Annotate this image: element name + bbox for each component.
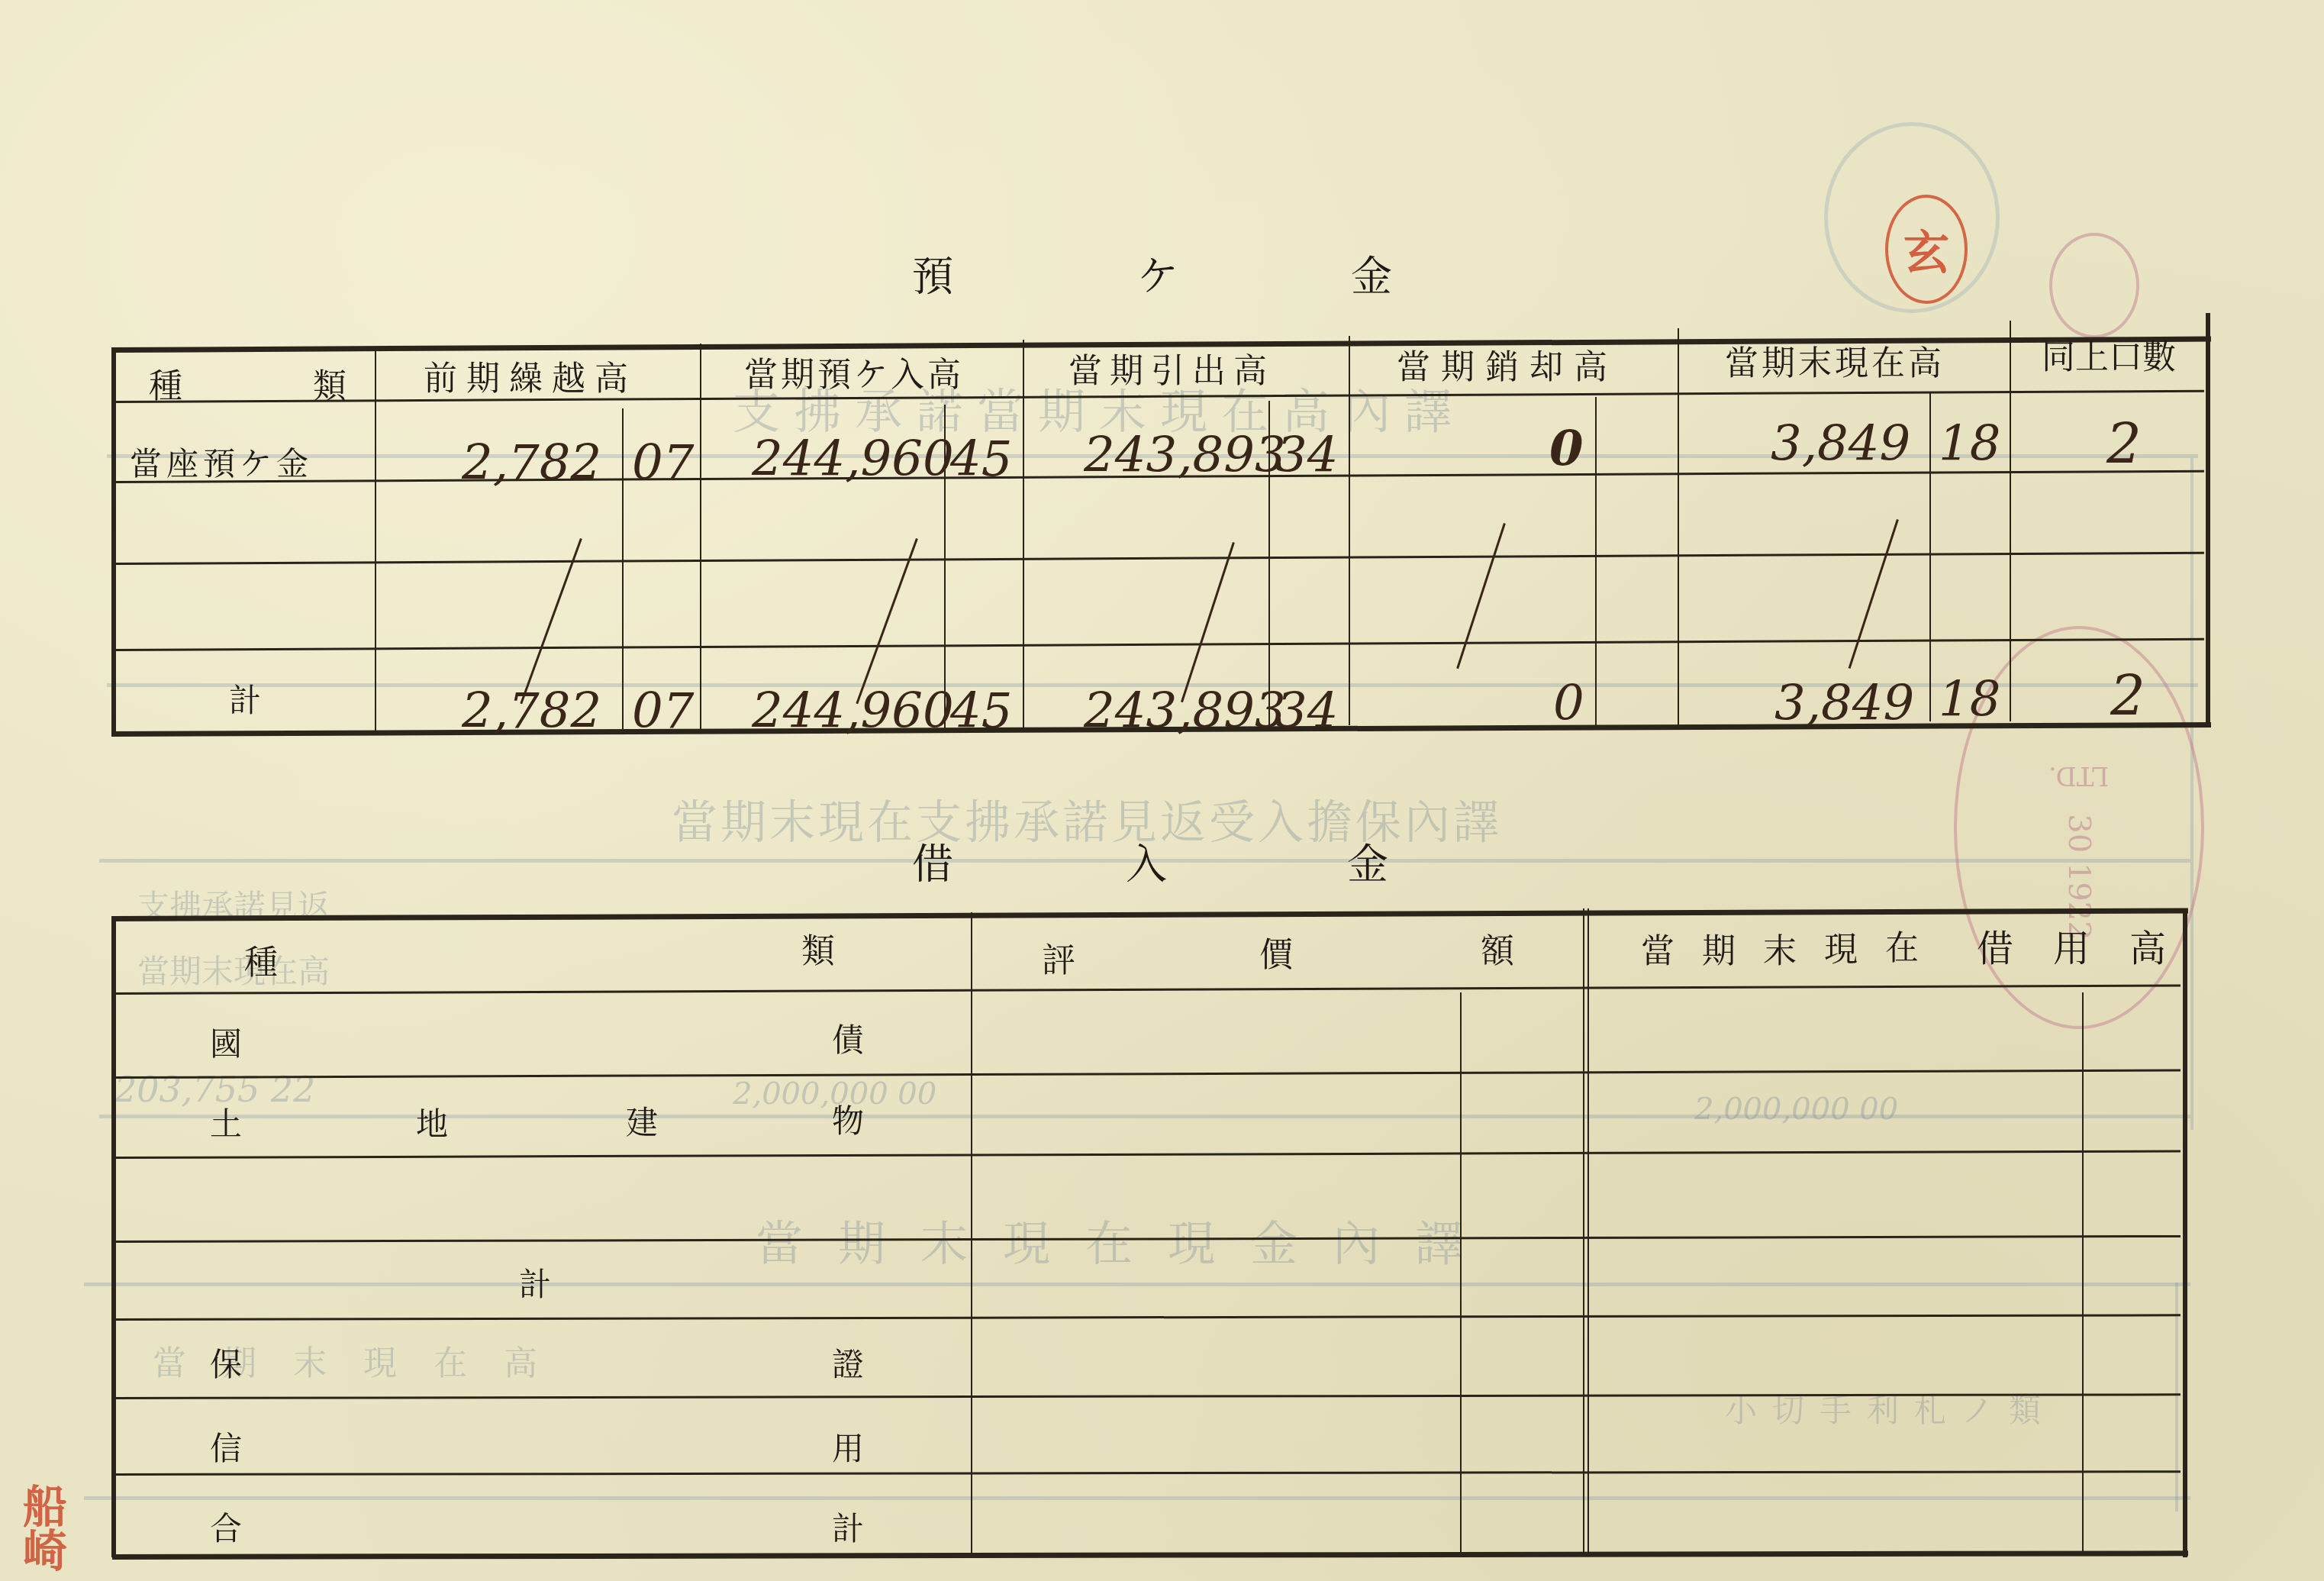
borrowings-title-char: 借 (912, 832, 953, 891)
total-withdrawals-sen: 34 (1276, 683, 1338, 740)
col-divider (1460, 992, 1462, 1554)
row-divider (116, 1314, 2181, 1321)
writeoff-yen: 0 (1549, 420, 1584, 477)
row-divider (116, 985, 2181, 995)
header-kind-2: 類 (801, 924, 835, 973)
col-divider (700, 344, 701, 729)
table-border-bottom (112, 1550, 2188, 1560)
col-divider (375, 347, 376, 733)
deposits-title-char: 預 (912, 244, 953, 303)
header-kind-2: 類 (313, 359, 347, 408)
header-account-count: 同上口數 (2042, 330, 2176, 379)
total-withdrawals-yen: 243,893 (1084, 683, 1286, 740)
header-kind-1: 種 (244, 935, 278, 984)
row-divider (116, 1470, 2181, 1476)
borrowings-title-char: 入 (1126, 832, 1167, 891)
prev-carryover-sen: 07 (632, 435, 694, 492)
col-divider (2082, 992, 2084, 1554)
total-deposits-in-sen: 45 (950, 683, 1012, 740)
ghost-rule (84, 1283, 2190, 1286)
header-withdrawals: 當期引出高 (1069, 344, 1275, 392)
total-label: 計 (229, 676, 261, 721)
deposits-title-char: ケ (1137, 244, 1178, 303)
empty-mark-slash (856, 538, 917, 704)
bleedthrough-side-label-2: 當期末現在高 (137, 947, 330, 992)
sen-divider (1595, 397, 1597, 725)
header-writeoff: 當期銷却高 (1397, 340, 1618, 389)
ghost-rule (99, 1115, 2190, 1118)
postmark-text: LTD. (2048, 760, 2109, 791)
withdrawals-sen: 34 (1276, 428, 1338, 484)
sen-divider (622, 408, 624, 729)
header-deposits-in: 當期預ケ入高 (744, 347, 964, 396)
empty-mark-slash (1456, 523, 1506, 669)
table-border-right (2206, 313, 2210, 725)
col-divider (2010, 321, 2011, 721)
table-border-left (111, 347, 116, 737)
table-border-right (2183, 908, 2187, 1557)
prev-carryover-yen: 2,782 (462, 435, 601, 492)
red-seal-top: 玄 (1885, 195, 1968, 304)
deposits-in-yen: 244,960 (752, 431, 954, 488)
bleedthrough-amount-3: 2,000,000 00 (1694, 1092, 1898, 1127)
header-prev-carryover: 前期繰越高 (424, 351, 637, 400)
col-divider (971, 912, 972, 1554)
red-seal-bottom-left: 船崎 (23, 1485, 76, 1573)
faded-seal-top (2049, 233, 2139, 338)
period-end-yen: 3,849 (1771, 416, 1910, 473)
total-prev-carryover-yen: 2,782 (462, 683, 601, 740)
col-divider (1583, 908, 1584, 1554)
sen-divider (1929, 393, 1931, 721)
header-appraisal-3: 額 (1481, 924, 1514, 973)
col-divider (1587, 908, 1589, 1554)
row-label-current-deposit: 當座預ケ金 (130, 439, 313, 485)
total-period-end-yen: 3,849 (1774, 676, 1914, 732)
total-account-count: 2 (2110, 664, 2145, 728)
deposits-title-char: 金 (1351, 244, 1392, 303)
row-divider (116, 1150, 2181, 1159)
header-appraisal-1: 評 (1042, 933, 1075, 982)
row-divider (116, 1070, 2181, 1079)
row-divider (116, 638, 2204, 651)
header-period-end-balance: 當期末現在高 (1725, 336, 1945, 385)
empty-mark-slash (520, 538, 582, 704)
bleedthrough-cash-item: 小切手利札ノ類 (1725, 1386, 2056, 1431)
header-appraisal-2: 價 (1259, 928, 1293, 976)
ghost-rule (84, 1496, 2190, 1500)
row-divider (116, 552, 2204, 565)
ghost-rule-v (2175, 1283, 2178, 1512)
empty-mark-slash (1181, 542, 1235, 702)
deposits-in-sen: 45 (950, 431, 1012, 488)
table-border-left (111, 916, 116, 1557)
total-period-end-sen: 18 (1939, 672, 2000, 728)
empty-mark-slash (1849, 519, 1899, 669)
col-divider (1678, 328, 1679, 725)
total-deposits-in-yen: 244,960 (752, 683, 954, 740)
period-end-sen: 18 (1939, 416, 2000, 473)
withdrawals-yen: 243,893 (1084, 428, 1286, 484)
table-border-top (112, 908, 2188, 921)
account-count: 2 (2106, 412, 2142, 476)
header-kind-1: 種 (149, 359, 182, 408)
total-prev-carryover-sen: 07 (632, 683, 694, 740)
borrowings-title-char: 金 (1347, 832, 1388, 891)
total-writeoff-yen: 0 (1553, 676, 1584, 732)
